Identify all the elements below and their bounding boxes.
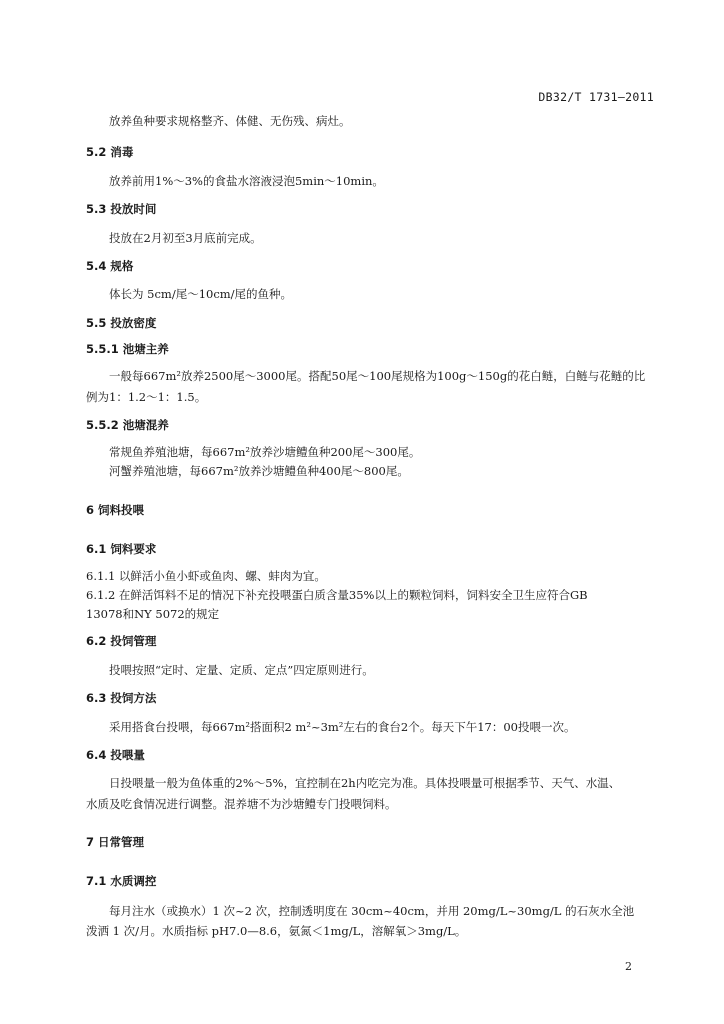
section-heading-6-3: 6.3 投饲方法: [86, 690, 156, 706]
section-heading-7-1: 7.1 水质调控: [86, 873, 156, 889]
document-id: DB32/T 1731—2011: [538, 90, 654, 104]
paragraph-continuation: 水质及吃食情况进行调整。混养塘不为沙塘鳢专门投喂饲料。: [86, 796, 397, 812]
section-heading-5-3: 5.3 投放时间: [86, 201, 156, 217]
section-heading-5-5-1: 5.5.1 池塘主养: [86, 341, 169, 357]
clause-6-1-2: 6.1.2 在鲜活饵料不足的情况下补充投喂蛋白质含量35%以上的颗粒饲料，饲料安…: [86, 587, 588, 603]
section-heading-5-5-2: 5.5.2 池塘混养: [86, 417, 169, 433]
paragraph-continuation: 泼洒 1 次/月。水质指标 pH7.0—8.6，氨氮＜1mg/L，溶解氧＞3mg…: [86, 923, 466, 939]
section-heading-7: 7 日常管理: [86, 834, 144, 850]
section-heading-5-4: 5.4 规格: [86, 258, 133, 274]
section-heading-6-2: 6.2 投饲管理: [86, 633, 156, 649]
section-heading-5-5: 5.5 投放密度: [86, 315, 156, 331]
clause-6-1-1: 6.1.1 以鲜活小鱼小虾或鱼肉、螺、蚌肉为宜。: [86, 568, 326, 584]
document-page: DB32/T 1731—2011 放养鱼种要求规格整齐、体健、无伤残、病灶。 5…: [0, 0, 724, 1024]
paragraph-continuation: 13078和NY 5072的规定: [86, 606, 219, 622]
section-heading-5-2: 5.2 消毒: [86, 144, 133, 160]
paragraph: 一般每667m²放养2500尾～3000尾。搭配50尾～100尾规格为100g～…: [109, 368, 645, 384]
paragraph: 每月注水（或换水）1 次~2 次，控制透明度在 30cm~40cm，并用 20m…: [109, 903, 634, 919]
paragraph: 河蟹养殖池塘，每667m²放养沙塘鳢鱼种400尾～800尾。: [109, 463, 409, 479]
section-heading-6-4: 6.4 投喂量: [86, 747, 145, 763]
paragraph: 投喂按照“定时、定量、定质、定点”四定原则进行。: [109, 662, 374, 678]
section-heading-6: 6 饲料投喂: [86, 502, 144, 518]
paragraph: 放养鱼种要求规格整齐、体健、无伤残、病灶。: [109, 113, 351, 129]
paragraph: 采用搭食台投喂，每667m²搭面积2 m²~3m²左右的食台2个。每天下午17：…: [109, 719, 576, 735]
page-number: 2: [625, 960, 632, 973]
section-heading-6-1: 6.1 饲料要求: [86, 541, 156, 557]
paragraph: 常规鱼养殖池塘，每667m²放养沙塘鳢鱼种200尾～300尾。: [109, 444, 420, 460]
paragraph: 体长为 5cm/尾～10cm/尾的鱼种。: [109, 286, 292, 302]
paragraph: 日投喂量一般为鱼体重的2%～5%，宜控制在2h内吃完为准。具体投喂量可根据季节、…: [109, 775, 620, 791]
paragraph: 投放在2月初至3月底前完成。: [109, 230, 262, 246]
paragraph: 放养前用1%～3%的食盐水溶液浸泡5min～10min。: [109, 173, 384, 189]
paragraph-continuation: 例为1：1.2～1：1.5。: [86, 389, 206, 405]
